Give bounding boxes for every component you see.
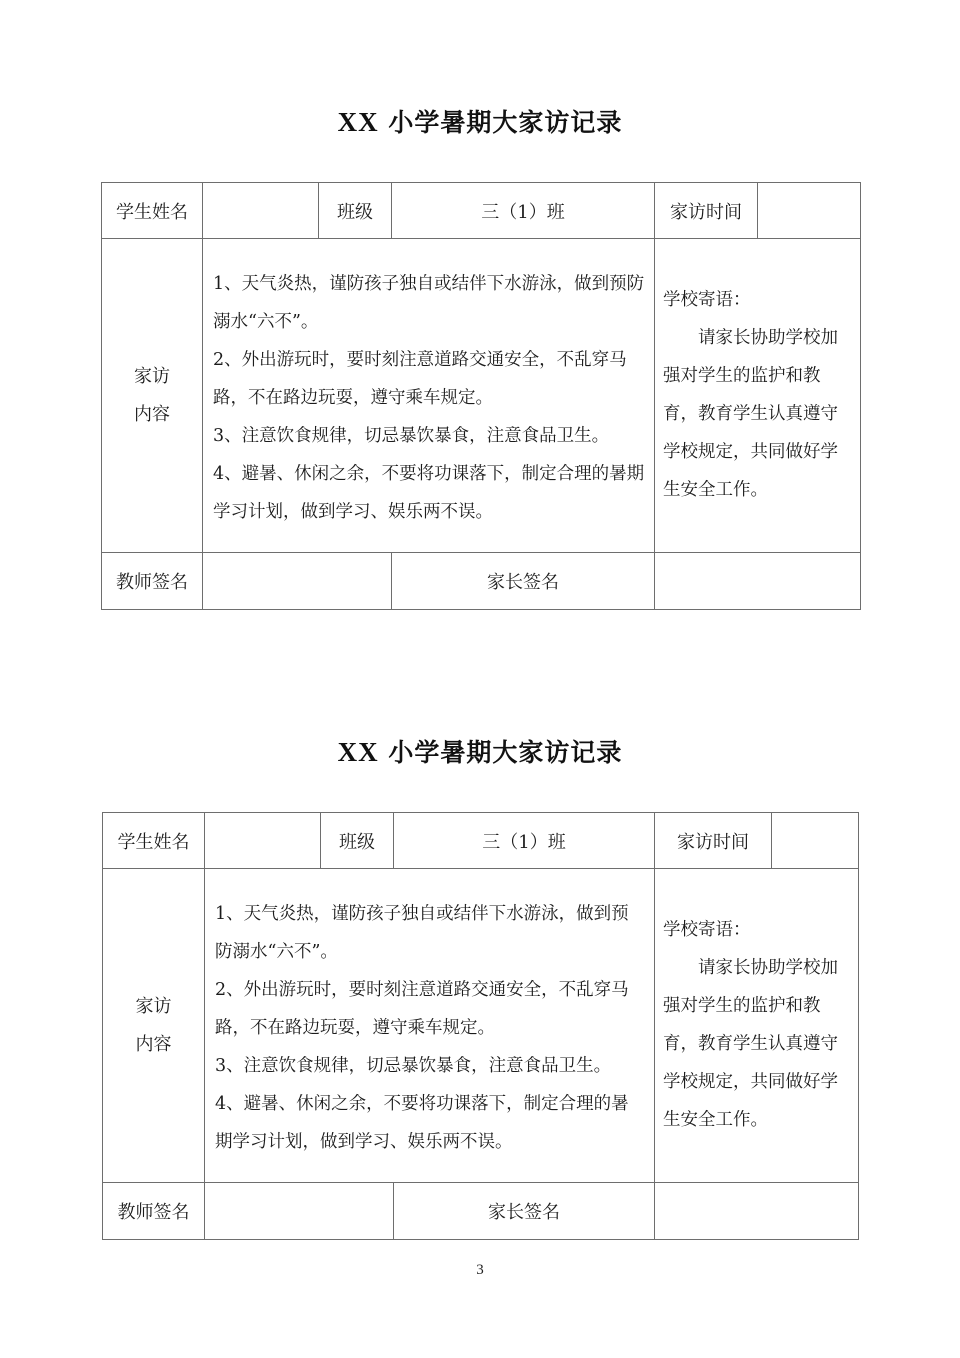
class-label: 班级	[319, 183, 392, 239]
student-name-field[interactable]	[203, 183, 319, 239]
parent-signature-label: 家长签名	[394, 1183, 655, 1240]
title-main: 小学暑期大家访记录	[379, 108, 623, 137]
visit-content-list: 1、天气炎热，谨防孩子独自或结伴下水游泳，做到预防溺水“六不”。 2、外出游玩时…	[203, 239, 655, 553]
class-value: 三（1）班	[394, 813, 655, 869]
content-row: 家访 内容 1、天气炎热，谨防孩子独自或结伴下水游泳，做到预防溺水“六不”。 2…	[102, 239, 861, 553]
visit-time-field[interactable]	[772, 813, 859, 869]
content-item: 4、避暑、休闲之余，不要将功课落下，制定合理的暑期学习计划，做到学习、娱乐两不误…	[215, 1085, 646, 1161]
visit-content-label-line1: 家访	[103, 988, 204, 1026]
title-main: 小学暑期大家访记录	[379, 738, 623, 767]
visit-time-label: 家访时间	[655, 183, 758, 239]
parent-signature-field[interactable]	[655, 1183, 859, 1240]
visit-content-list: 1、天气炎热，谨防孩子独自或结伴下水游泳，做到预防溺水“六不”。 2、外出游玩时…	[205, 869, 655, 1183]
student-name-label: 学生姓名	[102, 183, 203, 239]
visit-content-label: 家访 内容	[102, 239, 203, 553]
content-item: 2、外出游玩时，要时刻注意道路交通安全，不乱穿马路，不在路边玩耍，遵守乘车规定。	[215, 971, 646, 1047]
record-title: XX 小学暑期大家访记录	[0, 733, 960, 769]
school-message-text: 请家长协助学校加强对学生的监护和教育，教育学生认真遵守学校规定，共同做好学生安全…	[663, 319, 854, 509]
signature-row: 教师签名 家长签名	[103, 1183, 859, 1240]
teacher-signature-field[interactable]	[203, 553, 392, 610]
visit-content-label: 家访 内容	[103, 869, 205, 1183]
visit-time-label: 家访时间	[655, 813, 772, 869]
school-message-text: 请家长协助学校加强对学生的监护和教育，教育学生认真遵守学校规定，共同做好学生安全…	[663, 949, 852, 1139]
signature-row: 教师签名 家长签名	[102, 553, 861, 610]
parent-signature-field[interactable]	[655, 553, 861, 610]
title-prefix: XX	[338, 737, 379, 767]
student-name-label: 学生姓名	[103, 813, 205, 869]
record-title: XX 小学暑期大家访记录	[0, 103, 960, 139]
page-number: 3	[0, 1262, 960, 1279]
teacher-signature-label: 教师签名	[102, 553, 203, 610]
info-row: 学生姓名 班级 三（1）班 家访时间	[102, 183, 861, 239]
school-message-heading: 学校寄语：	[663, 911, 852, 949]
home-visit-record-table: 学生姓名 班级 三（1）班 家访时间 家访 内容 1、天气炎热，谨防孩子独自或结…	[102, 812, 859, 1240]
info-row: 学生姓名 班级 三（1）班 家访时间	[103, 813, 859, 869]
school-message: 学校寄语： 请家长协助学校加强对学生的监护和教育，教育学生认真遵守学校规定，共同…	[655, 239, 861, 553]
student-name-field[interactable]	[205, 813, 321, 869]
teacher-signature-label: 教师签名	[103, 1183, 205, 1240]
content-item: 1、天气炎热，谨防孩子独自或结伴下水游泳，做到预防溺水“六不”。	[215, 895, 646, 971]
content-item: 4、避暑、休闲之余，不要将功课落下，制定合理的暑期学习计划，做到学习、娱乐两不误…	[213, 455, 646, 531]
home-visit-record-table: 学生姓名 班级 三（1）班 家访时间 家访 内容 1、天气炎热，谨防孩子独自或结…	[101, 182, 861, 610]
class-label: 班级	[321, 813, 394, 869]
parent-signature-label: 家长签名	[392, 553, 655, 610]
content-item: 3、注意饮食规律，切忌暴饮暴食，注意食品卫生。	[213, 417, 646, 455]
content-item: 1、天气炎热，谨防孩子独自或结伴下水游泳，做到预防溺水“六不”。	[213, 265, 646, 341]
school-message: 学校寄语： 请家长协助学校加强对学生的监护和教育，教育学生认真遵守学校规定，共同…	[655, 869, 859, 1183]
teacher-signature-field[interactable]	[205, 1183, 394, 1240]
visit-content-label-line1: 家访	[102, 358, 202, 396]
visit-content-label-line2: 内容	[103, 1026, 204, 1064]
content-row: 家访 内容 1、天气炎热，谨防孩子独自或结伴下水游泳，做到预防溺水“六不”。 2…	[103, 869, 859, 1183]
visit-content-label-line2: 内容	[102, 396, 202, 434]
content-item: 2、外出游玩时，要时刻注意道路交通安全，不乱穿马路，不在路边玩耍，遵守乘车规定。	[213, 341, 646, 417]
title-prefix: XX	[338, 107, 379, 137]
content-item: 3、注意饮食规律，切忌暴饮暴食，注意食品卫生。	[215, 1047, 646, 1085]
visit-time-field[interactable]	[758, 183, 861, 239]
school-message-heading: 学校寄语：	[663, 281, 854, 319]
class-value: 三（1）班	[392, 183, 655, 239]
